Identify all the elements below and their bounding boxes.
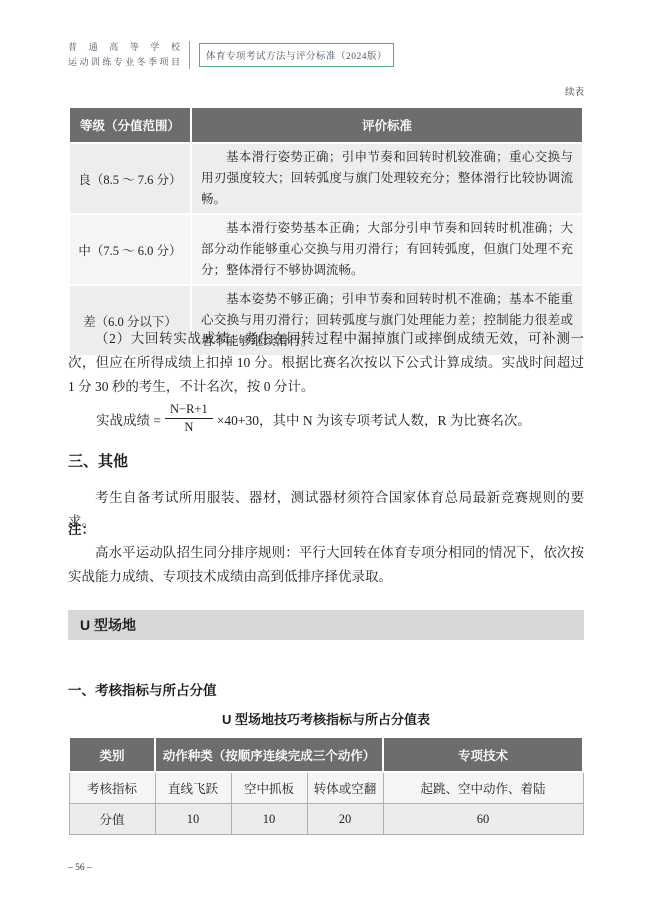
cell: 考核指标 xyxy=(69,772,155,804)
page-number: – 56 – xyxy=(68,863,92,873)
fraction-denominator: N xyxy=(165,419,213,435)
col-header-grade: 等级（分值范围） xyxy=(69,107,191,143)
criteria-cell: 基本滑行姿势基本正确；大部分引申节奏和回转时机准确；大部分动作能够重心交换与用刃… xyxy=(191,214,583,285)
cell: 直线飞跃 xyxy=(155,772,231,804)
col-header-criteria: 评价标准 xyxy=(191,107,583,143)
formula-prefix: 实战成绩 = xyxy=(96,409,161,429)
grade-cell: 中（7.5 ～ 6.0 分） xyxy=(69,214,191,285)
fraction-numerator: N−R+1 xyxy=(165,402,213,419)
table-row-indicators: 考核指标 直线飞跃 空中抓板 转体或空翻 起跳、空中动作、着陆 xyxy=(69,772,583,804)
u-venue-section-bar: U 型场地 xyxy=(68,610,584,640)
header-series-title: 普通高等学校 运动训练专业冬季项目 xyxy=(68,40,180,70)
formula-fraction: N−R+1 N xyxy=(165,402,213,435)
grade-criteria-table: 等级（分值范围） 评价标准 良（8.5 ～ 7.6 分） 基本滑行姿势正确；引申… xyxy=(68,106,584,357)
cell: 10 xyxy=(231,804,307,835)
col-header-actions: 动作种类（按顺序连续完成三个动作） xyxy=(155,737,383,772)
table-row: 中（7.5 ～ 6.0 分） 基本滑行姿势基本正确；大部分引申节奏和回转时机准确… xyxy=(69,214,583,285)
section-heading-indicators: 一、考核指标与所占分值 xyxy=(68,679,217,699)
cell: 20 xyxy=(307,804,383,835)
cell: 分值 xyxy=(69,804,155,835)
section-heading-other: 三、其他 xyxy=(68,450,128,471)
table-row: 良（8.5 ～ 7.6 分） 基本滑行姿势正确；引申节奏和回转时机较准确；重心交… xyxy=(69,143,583,214)
cell: 起跳、空中动作、着陆 xyxy=(383,772,583,804)
header-series-line2: 运动训练专业冬季项目 xyxy=(68,55,180,70)
score-table: 类别 动作种类（按顺序连续完成三个动作） 专项技术 考核指标 直线飞跃 空中抓板… xyxy=(68,736,584,835)
score-formula: 实战成绩 = N−R+1 N ×40+30，其中 N 为该专项考试人数，R 为比… xyxy=(96,402,531,435)
note-label: 注： xyxy=(68,518,95,538)
grade-cell: 良（8.5 ～ 7.6 分） xyxy=(69,143,191,214)
score-table-title: U 型场地技巧考核指标与所占分值表 xyxy=(68,709,584,728)
page-header: 普通高等学校 运动训练专业冬季项目 体育专项考试方法与评分标准（2024版） xyxy=(68,40,394,70)
criteria-cell: 基本滑行姿势正确；引申节奏和回转时机较准确；重心交换与用刃强度较大；回转弧度与旗… xyxy=(191,143,583,214)
document-page: 普通高等学校 运动训练专业冬季项目 体育专项考试方法与评分标准（2024版） 续… xyxy=(0,0,650,913)
header-divider xyxy=(189,41,190,69)
cell: 转体或空翻 xyxy=(307,772,383,804)
table-row-points: 分值 10 10 20 60 xyxy=(69,804,583,835)
col-header-special: 专项技术 xyxy=(383,737,583,772)
continued-table-label: 续表 xyxy=(565,84,584,98)
col-header-category: 类别 xyxy=(69,737,155,772)
cell: 10 xyxy=(155,804,231,835)
practical-score-paragraph: （2）大回转实战成绩：考生在回转过程中漏掉旗门或摔倒成绩无效，可补测一次，但应在… xyxy=(68,327,584,399)
header-series-line1: 普通高等学校 xyxy=(68,40,180,55)
table-header-row: 类别 动作种类（按顺序连续完成三个动作） 专项技术 xyxy=(69,737,583,772)
table-header-row: 等级（分值范围） 评价标准 xyxy=(69,107,583,143)
cell: 空中抓板 xyxy=(231,772,307,804)
equipment-paragraph: 考生自备考试所用服装、器材，测试器材须符合国家体育总局最新竞赛规则的要求。 xyxy=(68,486,584,534)
header-book-title: 体育专项考试方法与评分标准（2024版） xyxy=(199,43,394,67)
formula-suffix: ×40+30，其中 N 为该专项考试人数，R 为比赛名次。 xyxy=(217,409,531,429)
note-paragraph: 高水平运动队招生同分排序规则：平行大回转在体育专项分相同的情况下，依次按实战能力… xyxy=(68,541,584,589)
cell: 60 xyxy=(383,804,583,835)
